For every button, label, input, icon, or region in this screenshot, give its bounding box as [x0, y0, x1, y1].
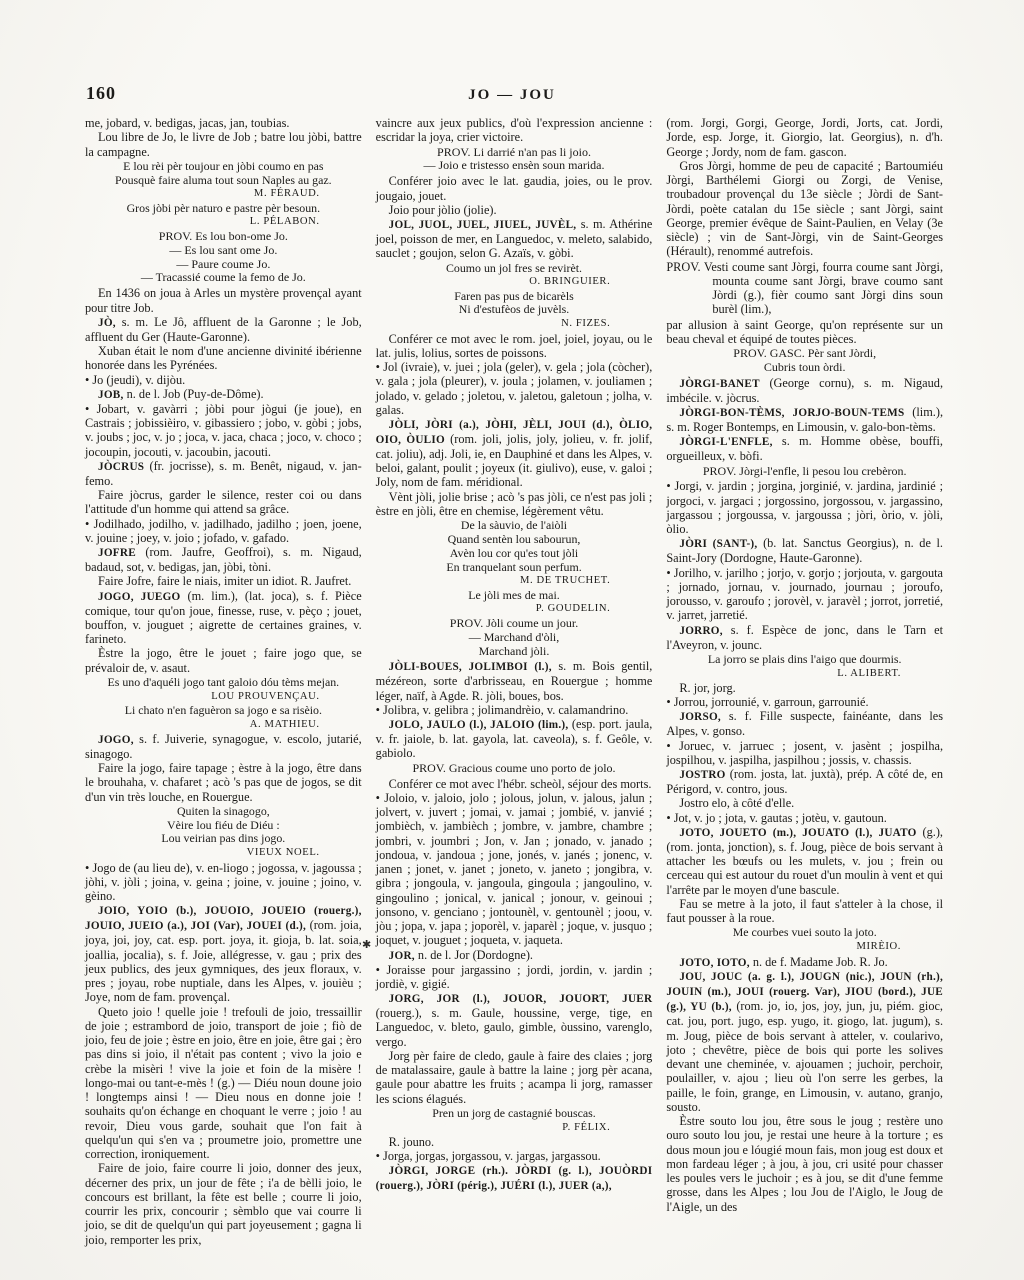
paragraph: Faire jòcrus, garder le silence, rester … [85, 488, 362, 517]
dictionary-entry: JOGO, JUEGO (m. lim.), (lat. joca), s. f… [85, 589, 362, 647]
paragraph: Èstre la jogo, être le jouet ; faire jog… [85, 646, 362, 675]
paragraph: Joio pour jòlio (jolie). [376, 203, 653, 217]
verse-quotation: La jorro se plais dins l'aigo que dourmi… [666, 653, 943, 667]
proverb: PROV. Jòli coume un jour.— Marchand d'òl… [376, 617, 653, 659]
verse-quotation: Me courbes vuei souto la joto. [666, 926, 943, 940]
verse-line: Gros jòbi pèr naturo e pastre pèr besoun… [85, 202, 362, 216]
citation-attribution: M. FÉRAUD. [85, 188, 362, 200]
dictionary-entry: JÒRGI-BANET (George cornu), s. m. Nigaud… [666, 376, 943, 405]
entry-headword: JOSTRO [679, 769, 725, 781]
citation-attribution: N. FIZES. [376, 318, 653, 330]
cross-reference-paragraph: • Jodilhado, jodilho, v. jadilhado, jadi… [85, 517, 362, 546]
dictionary-entry: JOR, n. de l. Jor (Dordogne). [376, 948, 653, 963]
cross-reference-paragraph: • Joloio, v. jaloio, jolo ; jolous, jolu… [376, 791, 653, 948]
entry-headword: JÒRGI, JORGE (rh.). JÒRDI (g. l.), JOUÒR… [376, 1165, 653, 1192]
cross-reference-paragraph: • Jogo de (au lieu de), v. en-liogo ; jo… [85, 861, 362, 904]
proverb-line: PROV. Jòli coume un jour. [376, 617, 653, 631]
paragraph: Queto joio ! quelle joie ! trefouli de j… [85, 1005, 362, 1162]
verse-line: Ni d'estufèos de juvèls. [376, 303, 653, 317]
citation-attribution: P. FÉLIX. [376, 1122, 653, 1134]
verse-line: Li chato n'en faguèron sa jogo e sa risè… [85, 704, 362, 718]
dictionary-entry: JORRO, s. f. Espèce de jonc, dans le Tar… [666, 623, 943, 652]
entry-headword: JOLO, JAULO (l.), JALOIO (lim.), [389, 719, 569, 731]
verse-quotation: Quiten la sinagogo,Vèire lou fiéu de Dié… [85, 805, 362, 846]
dictionary-entry: JÒRI (SANT-), (b. lat. Sanctus Georgius)… [666, 536, 943, 565]
dictionary-entry: JOTO, JOUETO (m.), JOUATO (l.), JUATO (g… [666, 825, 943, 897]
citation-attribution: VIEUX NOEL. [85, 847, 362, 859]
dictionary-entry: JÒCRUS (fr. jocrisse), s. m. Benêt, niga… [85, 459, 362, 488]
proverb: PROV. Gracious coume uno porto de jolo. [376, 762, 653, 776]
verse-line: Coumo un jol fres se revirèt. [376, 262, 653, 276]
entry-headword: JOB, [98, 389, 124, 401]
entry-headword: JORG, JOR (l.), JOUOR, JOUORT, JUER [389, 993, 653, 1005]
dictionary-entry: JOGO, s. f. Juiverie, synagogue, v. esco… [85, 732, 362, 761]
paragraph: me, jobard, v. bedigas, jacas, jan, toub… [85, 116, 362, 130]
cross-reference-paragraph: • Jobart, v. gavàrri ; jòbi pour jògui (… [85, 402, 362, 459]
citation-attribution: A. MATHIEU. [85, 719, 362, 731]
cross-reference-paragraph: • Jorgi, v. jardin ; jorgina, jorginié, … [666, 479, 943, 536]
dictionary-entry: JOSTRO (rom. josta, lat. juxtà), prép. A… [666, 767, 943, 796]
paragraph: Faire la jogo, faire tapage ; èstre à la… [85, 761, 362, 804]
paragraph: Gros Jòrgi, homme de peu de capacité ; B… [666, 159, 943, 259]
entry-headword: JOGO, JUEGO [98, 591, 181, 603]
text-column-1: me, jobard, v. bedigas, jacas, jan, toub… [85, 116, 362, 1247]
verse-line: Quand sentèn lou sabourun, [376, 533, 653, 547]
entry-headword: JOL, JUOL, JUEL, JIUEL, JUVÈL, [389, 219, 577, 231]
dictionary-entry: JOTO, IOTO, n. de f. Madame Job. R. Jo. [666, 955, 943, 970]
proverb: PROV. GASC. Pèr sant Jòrdi,Cubris toun ò… [666, 347, 943, 375]
verse-line: Pousquè faire aluma tout soun Naples au … [85, 174, 362, 188]
proverb-line: Marchand jòli. [376, 645, 653, 659]
proverb-line: PROV. Jòrgi-l'enfle, li pesou lou crebèr… [666, 465, 943, 479]
proverb-line: PROV. Es lou bon-ome Jo. [85, 230, 362, 244]
entry-headword: JÒRGI-L'ENFLE, [679, 436, 772, 448]
paragraph: (rom. Jorgi, Gorgi, George, Jordi, Jorts… [666, 116, 943, 159]
entry-headword: JOR, [389, 950, 415, 962]
verse-quotation: De la sàuvio, de l'aiòliQuand sentèn lou… [376, 519, 653, 574]
proverb-line: PROV. Gracious coume uno porto de jolo. [376, 762, 653, 776]
dictionary-entry: JOFRE (rom. Jaufre, Geoffroi), s. m. Nig… [85, 545, 362, 574]
entry-headword: JOIO, YOIO (b.), JOUOIO, JOUEIO (rouerg.… [85, 905, 362, 932]
cross-reference-paragraph: • Jorga, jorgas, jorgassou, v. jargas, j… [376, 1149, 653, 1163]
citation-attribution: M. DE TRUCHET. [376, 575, 653, 587]
entry-headword: JÒRI (SANT-), [679, 538, 757, 550]
paragraph: R. jouno. [376, 1135, 653, 1149]
citation-attribution: O. BRINGUIER. [376, 276, 653, 288]
verse-quotation: Faren pas pus de bicarèlsNi d'estufèos d… [376, 290, 653, 318]
entry-headword: JÒRGI-BON-TÈMS, JORJO-BOUN-TEMS [679, 407, 904, 419]
proverb-line: PROV. GASC. Pèr sant Jòrdi, [666, 347, 943, 361]
verse-line: Quiten la sinagogo, [85, 805, 362, 819]
entry-headword: JOTO, JOUETO (m.), JOUATO (l.), JUATO [679, 827, 916, 839]
verse-line: Es uno d'aquéli jogo tant galoio dóu tèm… [85, 676, 362, 690]
paragraph: Faire Jofre, faire le niais, imiter un i… [85, 574, 362, 588]
dictionary-entry: JÒRGI-L'ENFLE, s. m. Homme obèse, bouffi… [666, 434, 943, 463]
paragraph: R. jor, jorg. [666, 681, 943, 695]
paragraph: Conférer ce mot avec l'hébr. scheòl, séj… [376, 777, 653, 791]
cross-reference-paragraph: • Jo (jeudi), v. dijòu. [85, 373, 362, 387]
entry-headword: JOU, JOUC (a. g. l.), JOUGN (nic.), JOUN… [666, 971, 943, 1013]
running-header: JO — JOU [0, 87, 1024, 104]
citation-attribution: MIRÈIO. [666, 941, 943, 953]
paragraph: En 1436 on joua à Arles un mystère prove… [85, 286, 362, 315]
dictionary-entry: JÒLI-BOUES, JOLIMBOI (l.), s. m. Bois ge… [376, 659, 653, 702]
entry-headword: JÒ, [98, 317, 116, 329]
verse-line: La jorro se plais dins l'aigo que dourmi… [666, 653, 943, 667]
paragraph: Lou libre de Jo, le livre de Job ; batre… [85, 130, 362, 159]
proverb-line: — Marchand d'òli, [376, 631, 653, 645]
verse-quotation: Pren un jorg de castagnié bouscas. [376, 1107, 653, 1121]
verse-quotation: Li chato n'en faguèron sa jogo e sa risè… [85, 704, 362, 718]
paragraph: PROV. Vesti coume sant Jòrgi, fourra cou… [666, 260, 943, 317]
verse-line: Vèire lou fiéu de Diéu : [85, 819, 362, 833]
verse-quotation: E lou rèi pèr toujour en jòbi coumo en p… [85, 160, 362, 188]
paragraph: Conférer ce mot avec le rom. joel, joiel… [376, 332, 653, 361]
proverb: PROV. Es lou bon-ome Jo.— Es lou sant om… [85, 230, 362, 286]
citation-attribution: L. PÉLABON. [85, 216, 362, 228]
citation-attribution: L. ALIBERT. [666, 668, 943, 680]
verse-quotation: Es uno d'aquéli jogo tant galoio dóu tèm… [85, 676, 362, 690]
proverb-line: — Es lou sant ome Jo. [85, 244, 362, 258]
proverb-line: — Paure coume Jo. [85, 258, 362, 272]
verse-line: Lou veirian pas dins jogo. [85, 832, 362, 846]
verse-line: De la sàuvio, de l'aiòli [376, 519, 653, 533]
paragraph: par allusion à saint George, qu'on repré… [666, 318, 943, 347]
entry-headword: JÒLI-BOUES, JOLIMBOI (l.), [389, 661, 552, 673]
cross-reference-paragraph: • Joruec, v. jarruec ; josent, v. jasènt… [666, 739, 943, 768]
text-column-3: (rom. Jorgi, Gorgi, George, Jordi, Jorts… [666, 116, 943, 1247]
paragraph: Faire de joio, faire courre li joio, don… [85, 1161, 362, 1247]
verse-line: E lou rèi pèr toujour en jòbi coumo en p… [85, 160, 362, 174]
verse-line: Avèn lou cor qu'es tout jòli [376, 547, 653, 561]
proverb: PROV. Li darrié n'an pas li joio.— Joio … [376, 146, 653, 174]
entry-headword: JÒCRUS [98, 461, 144, 473]
cross-reference-paragraph: • Jorilho, v. jarilho ; jorjo, v. gorjo … [666, 566, 943, 623]
entry-headword: JORSO, [679, 711, 721, 723]
entry-headword: JÒLI, JÒRI (a.), JÒHI, JÈLI, JOUI (d.), … [376, 419, 653, 446]
cross-reference-paragraph: • Jol (ivraie), v. juei ; jola (geler), … [376, 360, 653, 417]
verse-line: Me courbes vuei souto la joto. [666, 926, 943, 940]
dictionary-entry: JÒRGI, JORGE (rh.). JÒRDI (g. l.), JOUÒR… [376, 1163, 653, 1193]
dictionary-entry: JOLO, JAULO (l.), JALOIO (lim.), (esp. p… [376, 717, 653, 760]
dictionary-page: 160 JO — JOU ✱ me, jobard, v. bedigas, j… [0, 0, 1024, 1280]
cross-reference-paragraph: • Jot, v. jo ; jota, v. gautas ; jotèu, … [666, 811, 943, 825]
text-column-2: vaincre aux jeux publics, d'où l'express… [376, 116, 653, 1247]
verse-line: En tranquelant soun perfum. [376, 561, 653, 575]
cross-reference-paragraph: • Joraisse pour jargassino ; jordi, jord… [376, 963, 653, 992]
paragraph: Xuban était le nom d'une ancienne divini… [85, 344, 362, 373]
paragraph: vaincre aux jeux publics, d'où l'express… [376, 116, 653, 145]
citation-attribution: P. GOUDELIN. [376, 603, 653, 615]
proverb-line: — Joio e tristesso ensèn soun marida. [376, 159, 653, 173]
entry-headword: JORRO, [679, 625, 722, 637]
entry-headword: JOFRE [98, 547, 136, 559]
paragraph: Èstre souto lou jou, être sous le joug ;… [666, 1114, 943, 1214]
citation-attribution: LOU PROUVENÇAU. [85, 691, 362, 703]
paragraph: Vènt jòli, jolie brise ; acò 's pas jòli… [376, 490, 653, 519]
proverb-line: PROV. Li darrié n'an pas li joio. [376, 146, 653, 160]
dictionary-entry: JOU, JOUC (a. g. l.), JOUGN (nic.), JOUN… [666, 969, 943, 1114]
proverb-line: — Tracassié coume la femo de Jo. [85, 271, 362, 285]
verse-quotation: Coumo un jol fres se revirèt. [376, 262, 653, 276]
dictionary-entry: JOL, JUOL, JUEL, JIUEL, JUVÈL, s. m. Ath… [376, 217, 653, 260]
dictionary-entry: JOIO, YOIO (b.), JOUOIO, JOUEIO (rouerg.… [85, 903, 362, 1004]
dictionary-entry: JÒ, s. m. Le Jô, affluent de la Garonne … [85, 315, 362, 344]
cross-reference-paragraph: • Jolibra, v. gelibra ; jolimandrèio, v.… [376, 703, 653, 717]
verse-line: Le jòli mes de mai. [376, 589, 653, 603]
dictionary-entry: JORG, JOR (l.), JOUOR, JOUORT, JUER (rou… [376, 991, 653, 1049]
dictionary-entry: JORSO, s. f. Fille suspecte, fainéante, … [666, 709, 943, 738]
paragraph: Fau se metre à la joto, il faut s'attele… [666, 897, 943, 926]
dictionary-entry: JÒLI, JÒRI (a.), JÒHI, JÈLI, JOUI (d.), … [376, 417, 653, 490]
columns: me, jobard, v. bedigas, jacas, jan, toub… [85, 116, 943, 1247]
proverb-line: Cubris toun òrdi. [666, 361, 943, 375]
verse-line: Faren pas pus de bicarèls [376, 290, 653, 304]
paragraph: Conférer joio avec le lat. gaudia, joies… [376, 174, 653, 203]
paragraph: Jorg pèr faire de cledo, gaule à faire d… [376, 1049, 653, 1106]
verse-quotation: Le jòli mes de mai. [376, 589, 653, 603]
verse-line: Pren un jorg de castagnié bouscas. [376, 1107, 653, 1121]
entry-headword: JÒRGI-BANET [679, 378, 759, 390]
paragraph: Jostro elo, à côté d'elle. [666, 796, 943, 810]
cross-reference-paragraph: • Jorrou, jorrounié, v. garroun, garroun… [666, 695, 943, 709]
verse-quotation: Gros jòbi pèr naturo e pastre pèr besoun… [85, 202, 362, 216]
dictionary-entry: JOB, n. de l. Job (Puy-de-Dôme). [85, 387, 362, 402]
entry-headword: JOGO, [98, 734, 134, 746]
entry-headword: JOTO, IOTO, [679, 957, 749, 969]
dictionary-entry: JÒRGI-BON-TÈMS, JORJO-BOUN-TEMS (lim.), … [666, 405, 943, 434]
proverb: PROV. Jòrgi-l'enfle, li pesou lou crebèr… [666, 465, 943, 479]
